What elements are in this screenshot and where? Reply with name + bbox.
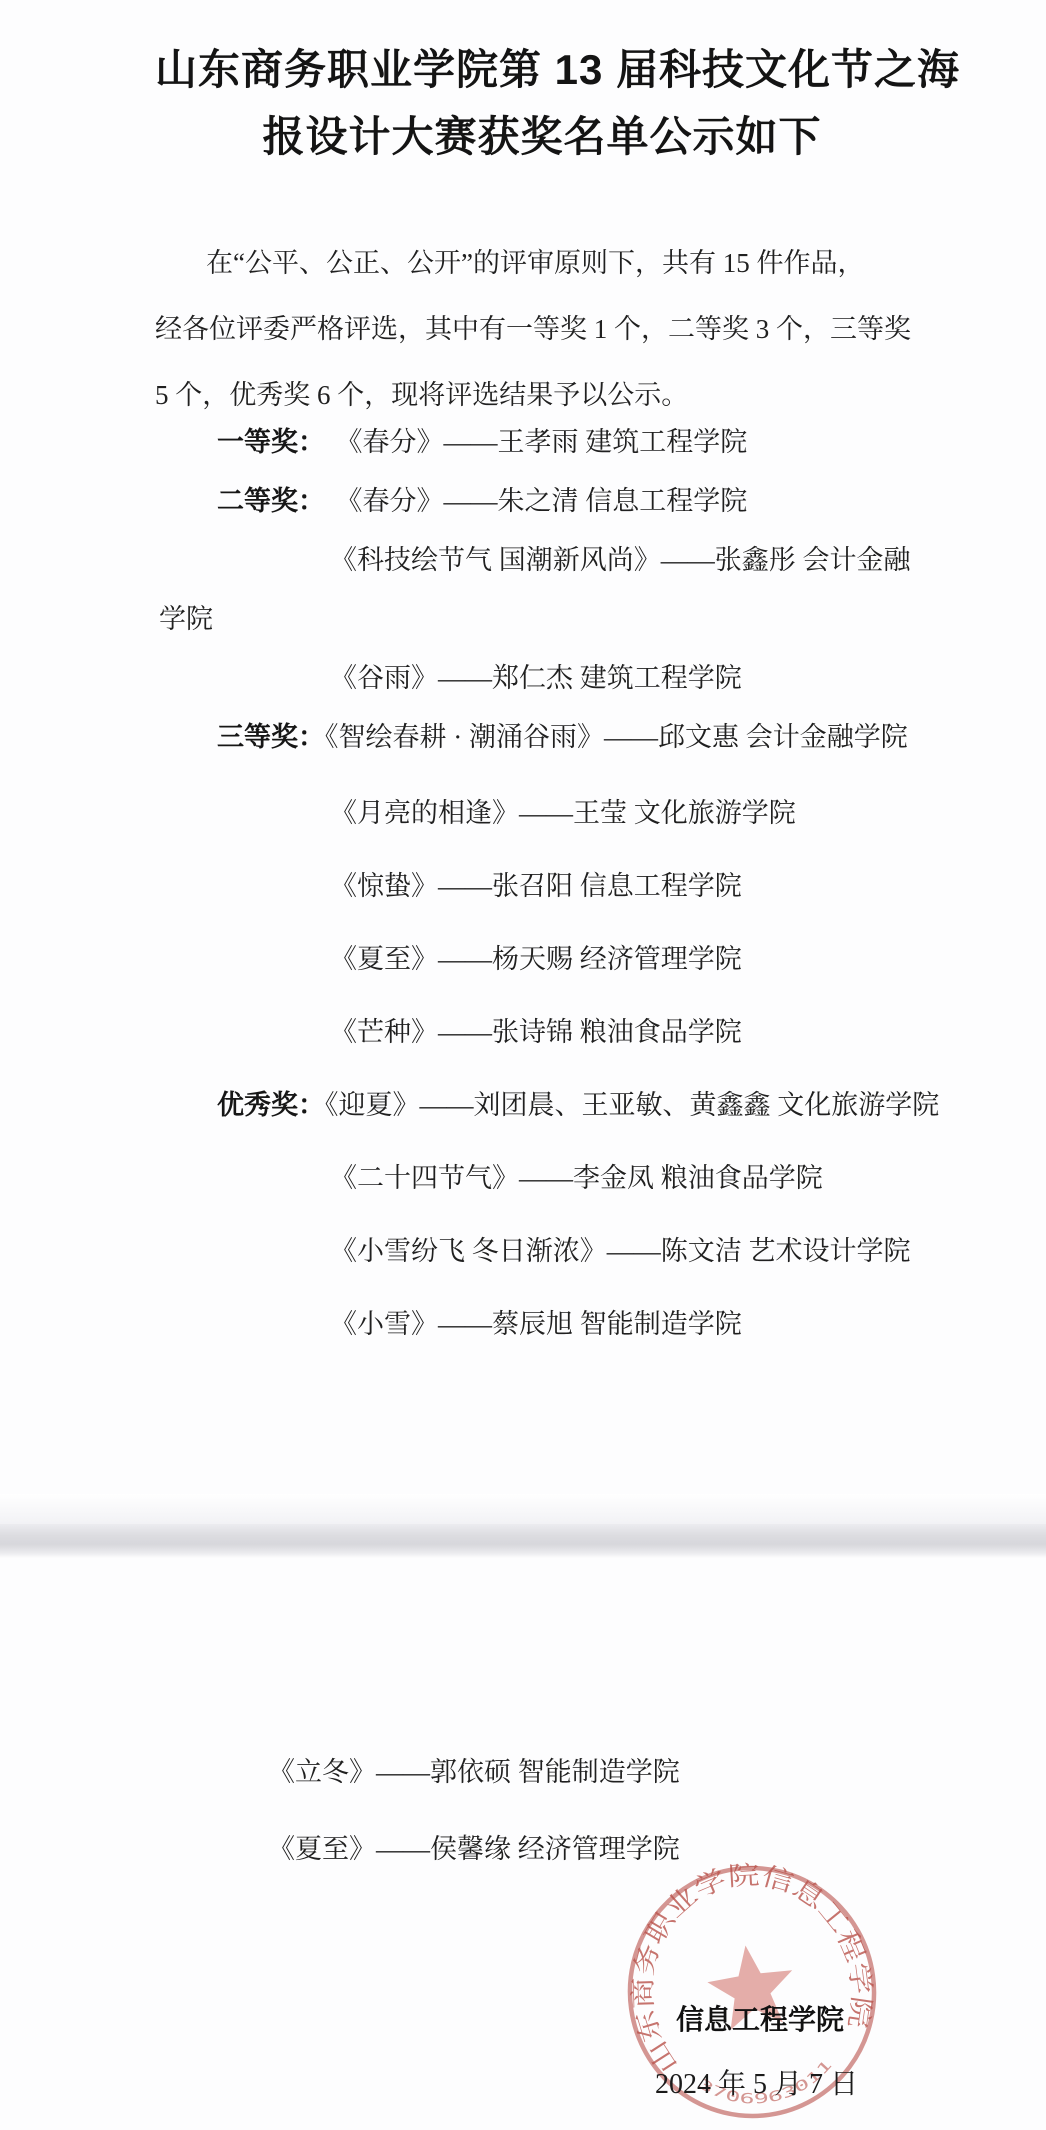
award-entry-text: 《春分》——王孝雨 建筑工程学院 — [349, 427, 747, 457]
award-entry: 《二十四节气》——李金凤 粮油食品学院 — [155, 1142, 1016, 1215]
award-entry: 《小雪》——蔡辰旭 智能制造学院 — [155, 1288, 1016, 1361]
page-separator — [0, 1524, 1046, 1558]
award-entry-text: 《科技绘节气 国潮新风尚》——张鑫彤 会计金融 — [330, 545, 911, 575]
award-entry-text: 《芒种》——张诗锦 粮油食品学院 — [330, 1017, 742, 1047]
document-photo: 山东商务职业学院第 13 届科技文化节之海 报设计大赛获奖名单公示如下 在“公平… — [0, 0, 1046, 2130]
award-entry: 《惊蛰》——张召阳 信息工程学院 — [155, 850, 1016, 923]
award-entry: 《谷雨》——郑仁杰 建筑工程学院 — [155, 649, 1016, 708]
page-1: 山东商务职业学院第 13 届科技文化节之海 报设计大赛获奖名单公示如下 在“公平… — [0, 0, 1046, 1524]
award-grade-label: 一等奖： — [217, 427, 325, 457]
intro-line: 经各位评委严格评选，其中有一等奖 1 个，二等奖 3 个，三等奖 — [155, 296, 1006, 362]
award-entry-first-prize: 一等奖：《春分》——王孝雨 建筑工程学院 — [155, 413, 1016, 472]
award-grade-label: 二等奖： — [217, 486, 325, 516]
award-entry-text: 学院 — [159, 604, 213, 634]
award-grade-label: 三等奖： — [217, 722, 325, 752]
award-entry: 《夏至》——杨天赐 经济管理学院 — [155, 923, 1016, 996]
award-entry-excellence-prize: 优秀奖：《迎夏》——刘团晨、王亚敏、黄鑫鑫 文化旅游学院 — [155, 1069, 1016, 1142]
intro-line: 在“公平、公正、公开”的评审原则下，共有 15 件作品， — [155, 230, 1006, 296]
intro-paragraph: 在“公平、公正、公开”的评审原则下，共有 15 件作品， 经各位评委严格评选，其… — [155, 230, 1006, 428]
award-entry: 《月亮的相逢》——王莹 文化旅游学院 — [155, 777, 1016, 850]
award-entry: 《小雪纷飞 冬日渐浓》——陈文洁 艺术设计学院 — [155, 1215, 1016, 1288]
award-entry-text: 《迎夏》——刘团晨、王亚敏、黄鑫鑫 文化旅游学院 — [325, 1090, 939, 1120]
award-entry-third-prize: 三等奖：《智绘春耕 · 潮涌谷雨》——邱文惠 会计金融学院 — [155, 708, 1016, 767]
award-entry-text: 《月亮的相逢》——王莹 文化旅游学院 — [330, 798, 796, 828]
award-grade-label: 优秀奖： — [217, 1090, 325, 1120]
award-entry-text: 《智绘春耕 · 潮涌谷雨》——邱文惠 会计金融学院 — [325, 722, 908, 752]
award-entry-second-prize: 二等奖：《春分》——朱之清 信息工程学院 — [155, 472, 1016, 531]
award-entry-text: 《小雪》——蔡辰旭 智能制造学院 — [330, 1309, 742, 1339]
page-2: 《立冬》——郭依硕 智能制造学院 《夏至》——侯馨缘 经济管理学院 山东商务职业… — [0, 1558, 1046, 2130]
award-list: 一等奖：《春分》——王孝雨 建筑工程学院 二等奖：《春分》——朱之清 信息工程学… — [155, 413, 1016, 1361]
award-entry: 《夏至》——侯馨缘 经济管理学院 — [268, 1811, 680, 1888]
award-entry-text: 《小雪纷飞 冬日渐浓》——陈文洁 艺术设计学院 — [330, 1236, 911, 1266]
award-entry-text: 《春分》——朱之清 信息工程学院 — [349, 486, 747, 516]
award-entry-wrap-continuation: 学院 — [155, 590, 1016, 649]
award-entry: 《科技绘节气 国潮新风尚》——张鑫彤 会计金融 — [155, 531, 1016, 590]
award-entry: 《立冬》——郭依硕 智能制造学院 — [268, 1734, 680, 1811]
page-bottom-shadow — [0, 1494, 1046, 1524]
award-list-continued: 《立冬》——郭依硕 智能制造学院 《夏至》——侯馨缘 经济管理学院 — [268, 1734, 680, 1888]
award-entry-text: 《二十四节气》——李金凤 粮油食品学院 — [330, 1163, 823, 1193]
award-entry-text: 《惊蛰》——张召阳 信息工程学院 — [330, 871, 742, 901]
title-line-1: 山东商务职业学院第 13 届科技文化节之海 — [155, 36, 929, 103]
document-title: 山东商务职业学院第 13 届科技文化节之海 报设计大赛获奖名单公示如下 — [155, 36, 929, 170]
award-entry: 《芒种》——张诗锦 粮油食品学院 — [155, 996, 1016, 1069]
award-entry-text: 《夏至》——杨天赐 经济管理学院 — [330, 944, 742, 974]
signature-date: 2024 年 5 月 7 日 — [655, 2062, 858, 2102]
signature-department: 信息工程学院 — [676, 1998, 844, 2038]
title-line-2: 报设计大赛获奖名单公示如下 — [155, 103, 929, 170]
award-entry-text: 《谷雨》——郑仁杰 建筑工程学院 — [330, 663, 742, 693]
